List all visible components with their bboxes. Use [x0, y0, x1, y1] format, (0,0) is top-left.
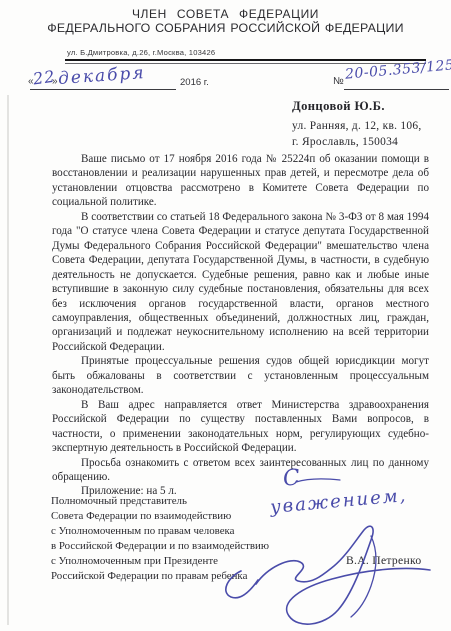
signer-position-line: Совета Федерации по взаимодействию [51, 509, 291, 524]
letter-paragraph: Просьба ознакомить с ответом всех заинте… [52, 456, 429, 485]
letterhead-title-line1: ЧЛЕН СОВЕТА ФЕДЕРАЦИИ [0, 7, 451, 21]
scanned-letter-page: ЧЛЕН СОВЕТА ФЕДЕРАЦИИ ФЕДЕРАЛЬНОГО СОБРА… [0, 0, 451, 631]
recipient-address-line2: г. Ярославль, 150034 [292, 134, 422, 151]
signer-position-line: с Уполномоченным по правам человека [51, 524, 291, 539]
letterhead-title-line2: ФЕДЕРАЛЬНОГО СОБРАНИЯ РОССИЙСКОЙ ФЕДЕРАЦ… [0, 21, 451, 35]
recipient-name: Донцовой Ю.Б. [292, 98, 422, 115]
letter-body: Ваше письмо от 17 ноября 2016 года № 252… [52, 152, 429, 499]
letterhead-address: ул. Б.Дмитровка, д.26, г.Москва, 103426 [67, 48, 215, 57]
signer-position-line: Полномочный представитель [51, 494, 291, 509]
number-label: № [333, 76, 344, 87]
letter-paragraph: Ваше письмо от 17 ноября 2016 года № 252… [52, 152, 429, 210]
recipient-block: Донцовой Ю.Б. ул. Ранняя, д. 12, кв. 106… [292, 98, 422, 151]
handwritten-closing-initial: С [282, 465, 301, 492]
letter-paragraph: В соответствии со статьей 18 Федеральног… [52, 210, 429, 355]
signer-position-block: Полномочный представитель Совета Федерац… [51, 494, 291, 584]
letter-paragraph: Принятые процессуальные решения судов об… [52, 354, 429, 397]
letterhead-rule [65, 59, 426, 64]
signer-position-line: с Уполномоченным при Президенте [51, 554, 291, 569]
signer-position-line: в Российской Федерации и по взаимодейств… [51, 539, 291, 554]
scan-edge-artifact [7, 95, 9, 625]
recipient-address-line1: ул. Ранняя, д. 12, кв. 106, [292, 118, 422, 135]
date-close-quote: » [52, 76, 58, 87]
handwritten-month: декабря [57, 63, 146, 89]
number-underline [344, 89, 449, 90]
letter-paragraph: В Ваш адрес направляется ответ Министерс… [52, 398, 429, 456]
signer-position-line: Российской Федерации по правам ребенка [51, 569, 291, 584]
date-year: 2016 г. [180, 77, 209, 88]
date-underline [30, 89, 176, 90]
signer-name: В.А. Петренко [346, 554, 421, 567]
